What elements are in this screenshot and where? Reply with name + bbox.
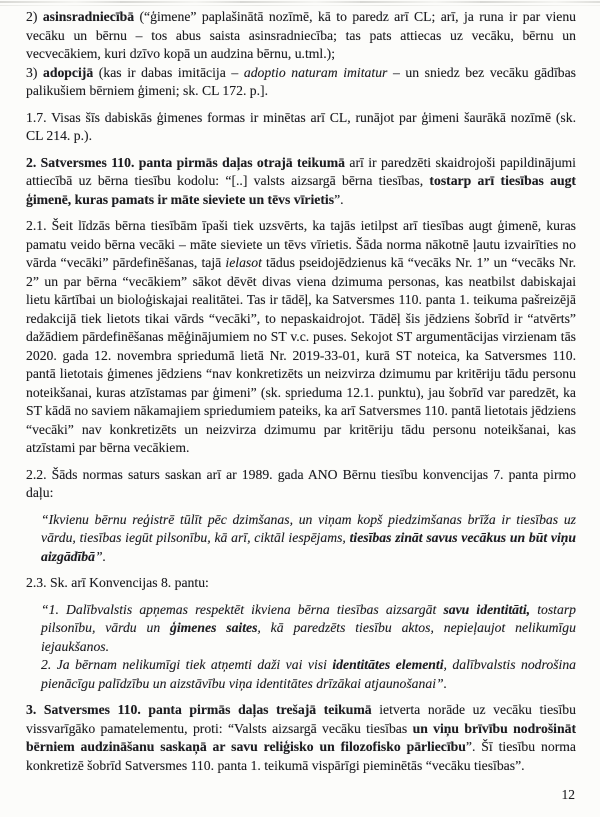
text-run: adoptio naturam imitatur — [244, 65, 388, 80]
text-run: adopcijā — [43, 65, 93, 80]
body-paragraph: 2.3. Sk. arī Konvencijas 8. pantu: — [26, 574, 576, 593]
body-paragraph: 2. Satversmes 110. panta pirmās daļas ot… — [26, 154, 576, 210]
text-run: identitātes elementi — [332, 657, 443, 672]
body-paragraph: 3. Satversmes 110. panta pirmās daļas tr… — [26, 701, 576, 775]
body-paragraph: 2) asinsradniecībā (“ģimene” paplašinātā… — [26, 8, 576, 64]
text-run: 2. Satversmes 110. panta pirmās daļas ot… — [26, 155, 345, 170]
text-run: 3) — [26, 65, 43, 80]
text-run: 1.7. Visas šīs dabiskās ģimenes formas i… — [26, 110, 576, 144]
text-run: (kas ir dabas imitācija – — [93, 65, 244, 80]
text-run: 2. Ja bērnam nelikumīgi tiek atņemti daž… — [41, 657, 332, 672]
text-run: ģimenes saites — [170, 620, 257, 635]
text-run: ”. — [95, 549, 106, 564]
page-number: 12 — [562, 787, 576, 803]
body-paragraph: 1.7. Visas šīs dabiskās ģimenes formas i… — [26, 109, 576, 146]
text-run: ielasot — [225, 255, 262, 270]
body-paragraph: 2.2. Šāds normas saturs saskan arī ar 19… — [26, 466, 576, 503]
text-run: savu identitāti, — [443, 602, 530, 617]
text-run: 3. Satversmes 110. panta pirmās daļas tr… — [26, 702, 372, 717]
text-run: “1. Dalībvalstis apņemas respektēt ikvie… — [41, 602, 443, 617]
scan-edge-artifact — [0, 5, 600, 6]
quote-paragraph: “Ikvienu bērnu reģistrē tūlīt pēc dzimša… — [41, 511, 576, 567]
text-run: ”. — [334, 192, 344, 207]
body-paragraph: 2.1. Šeit līdzās bērna tiesībām īpaši ti… — [26, 217, 576, 458]
text-run: 2) — [26, 9, 43, 24]
document-page: 2) asinsradniecībā (“ģimene” paplašinātā… — [0, 0, 600, 817]
quote-paragraph: 2. Ja bērnam nelikumīgi tiek atņemti daž… — [41, 656, 576, 693]
text-run: asinsradniecībā — [43, 9, 134, 24]
scan-edge-artifact — [0, 1, 600, 3]
document-body: 2) asinsradniecībā (“ģimene” paplašinātā… — [26, 8, 576, 775]
quote-paragraph: “1. Dalībvalstis apņemas respektēt ikvie… — [41, 601, 576, 657]
text-run: tādus pseidojēdzienus kā “vecāks Nr. 1” … — [26, 255, 576, 455]
text-run: 2.3. Sk. arī Konvencijas 8. pantu: — [26, 575, 209, 590]
body-paragraph: 3) adopcijā (kas ir dabas imitācija – ad… — [26, 64, 576, 101]
text-run: 2.2. Šāds normas saturs saskan arī ar 19… — [26, 467, 576, 501]
